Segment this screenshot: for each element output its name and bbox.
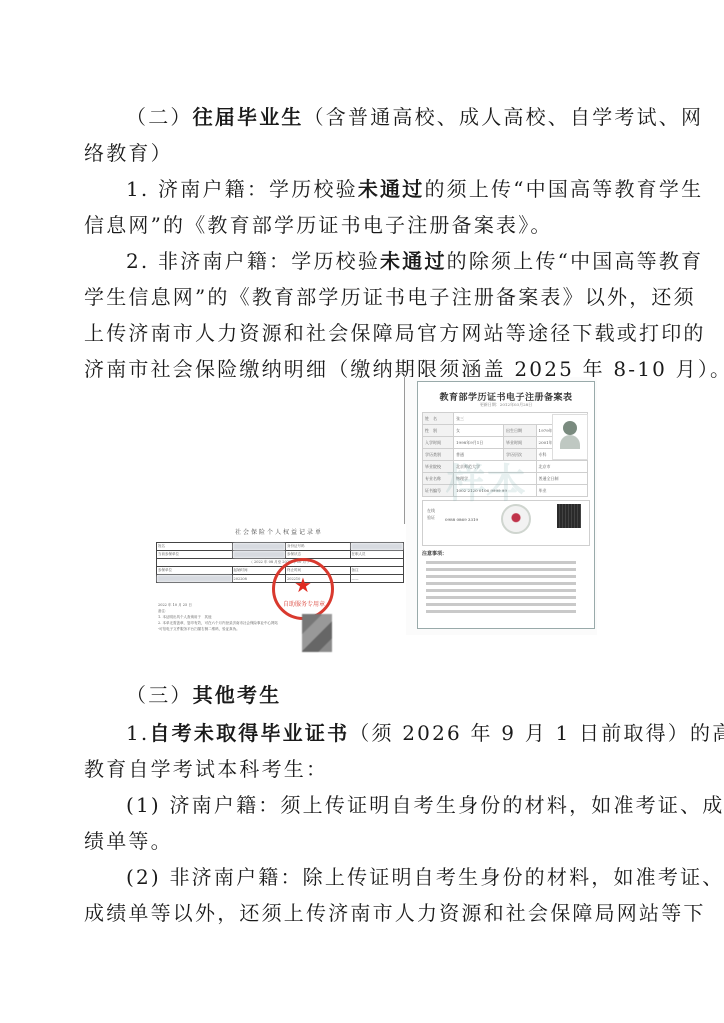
section-2-item-2-line2: 学生信息网”的《教育部学历证书电子注册备案表》以外，还须 bbox=[84, 284, 656, 310]
cell: 在职人员 bbox=[350, 551, 404, 559]
stamp-text: 自助服务专用章 bbox=[283, 599, 325, 608]
certificate-sample-image: 教育部学历证书电子注册备案表 更新日期：2012年03月28日 姓 名张三 性 … bbox=[404, 377, 597, 635]
item-text: 1. 济南户籍：学历校验 bbox=[126, 177, 358, 201]
section-3-title: 其他考生 bbox=[193, 683, 282, 707]
note-line bbox=[426, 568, 576, 571]
emphasis-text: 未通过 bbox=[358, 177, 425, 201]
cell: 身份证号码 bbox=[286, 543, 351, 551]
certificate-frame: 教育部学历证书电子注册备案表 更新日期：2012年03月28日 姓 名张三 性 … bbox=[417, 381, 595, 629]
cell: 性 别 bbox=[423, 425, 454, 437]
cell: 普通全日制 bbox=[536, 473, 587, 485]
cell-redacted bbox=[157, 575, 233, 583]
item-text: 的除须上传“中国高等教育 bbox=[447, 249, 704, 273]
redacted-qr-code bbox=[302, 614, 332, 652]
cell: 参保单位 bbox=[157, 567, 233, 575]
cell: 出生日期 bbox=[504, 425, 537, 437]
certificate-date: 更新日期：2012年03月28日 bbox=[418, 402, 594, 408]
section-2-item-1: 1. 济南户籍：学历校验未通过的须上传“中国高等教育学生 bbox=[126, 176, 698, 202]
cell: 姓 名 bbox=[423, 413, 454, 425]
section-2-heading-cont: 络教育） bbox=[84, 140, 656, 166]
cell: 毕业时间 bbox=[504, 437, 537, 449]
section-2-item-2-line3: 上传济南市人力资源和社会保障局官方网站等途径下载或打印的 bbox=[84, 320, 656, 346]
notes-title: 注意事项： bbox=[422, 550, 588, 557]
section-2-item-1-cont: 信息网”的《教育部学历证书电子注册备案表》。 bbox=[84, 212, 656, 238]
cell: —— bbox=[350, 575, 404, 583]
cell: 姓名 bbox=[157, 543, 233, 551]
cell: 北京市 bbox=[536, 461, 587, 473]
cell: 女 bbox=[454, 425, 504, 437]
note-line bbox=[426, 610, 576, 613]
si-title: 社会保险个人权益记录单 bbox=[152, 527, 406, 536]
item-text: 1. bbox=[126, 721, 149, 745]
cell-redacted bbox=[350, 543, 404, 551]
note-line bbox=[426, 561, 576, 564]
note-line bbox=[426, 596, 576, 599]
section-3-sub-1-cont: 绩单等。 bbox=[84, 828, 656, 854]
cell: （ 2022 年 08 月至 2022 年 10 月 ） bbox=[157, 559, 404, 567]
section-2-title: 往届毕业生 bbox=[193, 105, 304, 129]
cell: 参保状态 bbox=[286, 551, 351, 559]
cell: 备注 bbox=[350, 567, 404, 575]
emphasis-text: 自考未取得毕业证书 bbox=[149, 721, 349, 745]
certificate-notes: 注意事项： bbox=[422, 550, 588, 613]
section-2-item-2: 2. 非济南户籍：学历校验未通过的除须上传“中国高等教育 bbox=[126, 248, 698, 274]
emphasis-text: 未通过 bbox=[380, 249, 447, 273]
section-3-number: （三） bbox=[126, 683, 193, 707]
section-2-subtitle: （含普通高校、成人高校、自学考试、网 bbox=[304, 105, 704, 129]
note-line bbox=[426, 589, 576, 592]
sample-watermark: 样本 bbox=[446, 452, 526, 509]
verify-code: 0988 0869 3319 bbox=[445, 517, 478, 522]
avatar-body-icon bbox=[560, 435, 580, 449]
social-insurance-sample-image: 社会保险个人权益记录单 姓名身份证号码 当前参保单位参保状态在职人员 （ 202… bbox=[152, 524, 406, 636]
si-notes: 2022 年 10 月 25 日 备注： 1. 本证明出具个人查询用于 其他 2… bbox=[158, 602, 278, 632]
note-line bbox=[426, 582, 576, 585]
cell: 入学时间 bbox=[423, 437, 454, 449]
avatar-head-icon bbox=[563, 421, 577, 435]
note-line bbox=[426, 603, 576, 606]
avatar-placeholder bbox=[552, 414, 588, 460]
section-3-item-1-cont: 教育自学考试本科考生： bbox=[84, 756, 656, 782]
cell-redacted bbox=[232, 543, 285, 551]
note-line bbox=[426, 575, 576, 578]
item-text: 2. 非济南户籍：学历校验 bbox=[126, 249, 380, 273]
qr-code-icon bbox=[557, 504, 581, 528]
official-stamp-icon: ★ 自助服务专用章 bbox=[272, 558, 334, 620]
cell-redacted bbox=[232, 551, 285, 559]
section-3-sub-2: (2) 非济南户籍：除上传证明自考生身份的材料，如准考证、 bbox=[126, 864, 698, 890]
section-2-number: （二） bbox=[126, 105, 193, 129]
star-icon: ★ bbox=[294, 575, 312, 595]
section-3-item-1: 1.自考未取得毕业证书（须 2026 年 9 月 1 日前取得）的高等 bbox=[126, 720, 698, 746]
section-2-heading: （二）往届毕业生（含普通高校、成人高校、自学考试、网 bbox=[126, 104, 698, 130]
cell: 1998年9月1日 bbox=[454, 437, 504, 449]
item-text: 的须上传“中国高等教育学生 bbox=[424, 177, 703, 201]
cell: 当前参保单位 bbox=[157, 551, 233, 559]
section-3-heading: （三）其他考生 bbox=[126, 682, 698, 708]
si-note: -可信电子文件服务平台扫描右侧二维码，验证真伪。 bbox=[158, 626, 278, 632]
document-page: （二）往届毕业生（含普通高校、成人高校、自学考试、网 络教育） 1. 济南户籍：… bbox=[0, 0, 724, 1023]
cell: 毕业 bbox=[536, 485, 587, 497]
section-3-sub-1: (1) 济南户籍：须上传证明自考生身份的材料，如准考证、成 bbox=[126, 792, 698, 818]
item-text: （须 2026 年 9 月 1 日前取得）的高等 bbox=[349, 721, 724, 745]
verify-label: 在线验证 bbox=[427, 507, 435, 521]
section-3-sub-2-cont: 成绩单等以外，还须上传济南市人力资源和社会保障局网站等下 bbox=[84, 900, 656, 926]
